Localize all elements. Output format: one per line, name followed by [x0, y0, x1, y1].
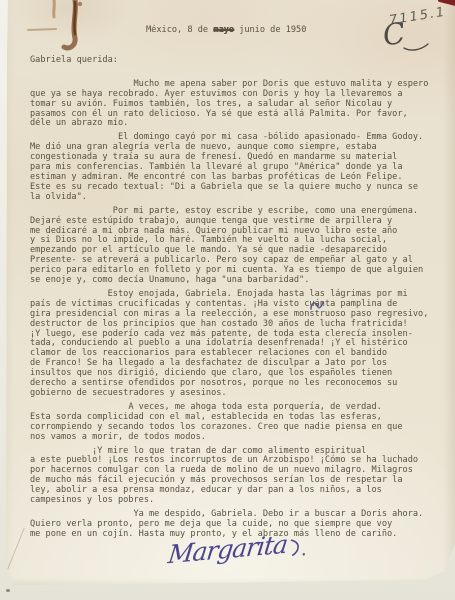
paragraph-2: El domingo cayó por mi casa -bólido apas… [30, 133, 448, 202]
background-speck [6, 589, 10, 592]
dateline-prefix: México, 8 de [146, 25, 213, 35]
paragraph-4: Estoy enojada, Gabriela. Enojada hasta l… [30, 290, 448, 399]
dateline: México, 8 de mayo junio de 1950 [146, 26, 448, 36]
paper-crease [7, 528, 24, 569]
scanned-letter: 7115.1 C México, 8 de mayo junio de 1950… [0, 0, 455, 600]
signature-flourish [288, 535, 308, 558]
letter-paper: 7115.1 C México, 8 de mayo junio de 1950… [0, 0, 455, 588]
dateline-struck-word: mayo [213, 25, 234, 35]
paragraph-6: ¡Y mire lo que tratan de dar como alimen… [30, 447, 448, 506]
salutation: Gabriela querida: [30, 56, 448, 66]
paragraph-3: Por mi parte, estoy escribe y escribe, c… [30, 207, 448, 286]
paragraph-5: A veces, me ahoga toda esta porquería, d… [30, 403, 448, 443]
letter-body: México, 8 de mayo junio de 1950 Gabriela… [30, 26, 448, 544]
paragraph-1: Mucho me apena saber por Doris que estuv… [30, 80, 448, 130]
dateline-suffix: junio de 1950 [234, 25, 306, 35]
